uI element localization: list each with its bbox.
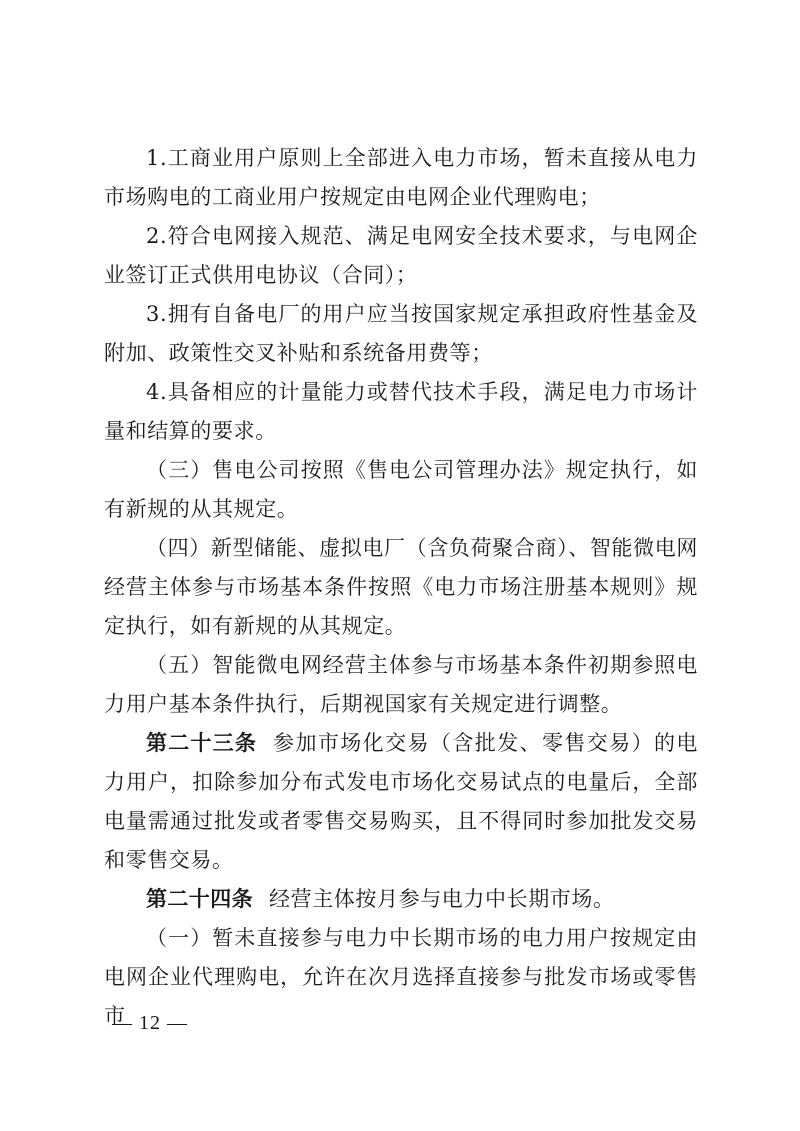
paragraph-item-1: 1.工商业用户原则上全部进入电力市场，暂未直接从电力市场购电的工商业用户按规定由…: [104, 139, 698, 217]
paragraph-item-4: 4.具备相应的计量能力或替代技术手段，满足电力市场计量和结算的要求。: [104, 373, 698, 451]
article-24-title: 第二十四条: [146, 887, 253, 911]
paragraph-clause-4: （四）新型储能、虚拟电厂（含负荷聚合商）、智能微电网经营主体参与市场基本条件按照…: [104, 529, 698, 646]
paragraph-clause-5: （五）智能微电网经营主体参与市场基本条件初期参照电力用户基本条件执行，后期视国家…: [104, 646, 698, 724]
article-23: 第二十三条参加市场化交易（含批发、零售交易）的电力用户，扣除参加分布式发电市场化…: [104, 724, 698, 880]
article-24-clause-1: （一）暂未直接参与电力中长期市场的电力用户按规定由电网企业代理购电，允许在次月选…: [104, 919, 698, 1036]
article-23-title: 第二十三条: [146, 731, 257, 755]
article-24-text: 经营主体按月参与电力中长期市场。: [269, 887, 615, 911]
page-number: — 12 —: [112, 1012, 188, 1035]
article-24: 第二十四条经营主体按月参与电力中长期市场。: [104, 880, 698, 919]
paragraph-clause-3: （三）售电公司按照《售电公司管理办法》规定执行，如有新规的从其规定。: [104, 451, 698, 529]
paragraph-item-2: 2.符合电网接入规范、满足电网安全技术要求，与电网企业签订正式供用电协议（合同）…: [104, 217, 698, 295]
paragraph-item-3: 3.拥有自备电厂的用户应当按国家规定承担政府性基金及附加、政策性交叉补贴和系统备…: [104, 295, 698, 373]
document-page: 1.工商业用户原则上全部进入电力市场，暂未直接从电力市场购电的工商业用户按规定由…: [104, 139, 698, 1036]
